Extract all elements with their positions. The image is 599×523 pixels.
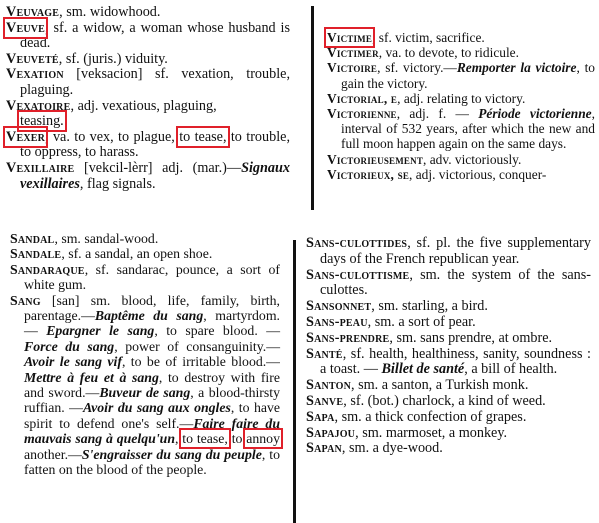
panel-top-right: Victime, sf. victim, sacrifice. Victimer… xyxy=(327,30,595,182)
entry-sans-culottides: Sans-culottides, sf. pl. the five supple… xyxy=(306,236,591,268)
headword: Veuvage xyxy=(6,4,59,20)
definition: , adj. vexatious, plaguing, xyxy=(70,98,216,114)
definition: , sf. a widow, a woman whose husband is … xyxy=(20,20,290,52)
example-phrase: Epargner le sang xyxy=(46,323,154,338)
headword: Sans-culottisme xyxy=(306,267,409,283)
entry-veuve: Veuve, sf. a widow, a woman whose husban… xyxy=(6,21,290,52)
entry-victimer: Victimer, va. to devote, to ridicule. xyxy=(327,45,595,60)
definition: [vekcil-lèrr] adj. (mar.)— xyxy=(74,160,241,176)
headword: Victimer xyxy=(327,45,379,60)
headword: Santon xyxy=(306,377,351,393)
entry-vexatoire: Vexatoire, adj. vexatious, plaguing,teas… xyxy=(6,99,290,130)
definition: , power of consanguinity.— xyxy=(114,339,280,354)
example-phrase: Avoir le sang vif xyxy=(24,354,122,369)
highlighted-phrase: to tease, xyxy=(179,129,226,145)
headword-highlighted: Veuve xyxy=(6,20,45,36)
highlighted-phrase: annoy xyxy=(246,431,280,446)
highlighted-phrase: teasing. xyxy=(20,113,64,129)
definition: , to be of irritable blood.— xyxy=(122,354,280,369)
entry-veuvete: Veuveté, sf. (juris.) viduity. xyxy=(6,52,290,68)
entry-sans-prendre: Sans-prendre, sm. sans prendre, at ombre… xyxy=(306,331,591,347)
entry-sante: Santé, sf. health, healthiness, sanity, … xyxy=(306,347,591,379)
definition: , a bill of health. xyxy=(464,361,557,377)
entry-sang: Sang [san] sm. blood, life, family, birt… xyxy=(10,293,280,478)
headword: Sapajou xyxy=(306,425,355,441)
definition: , sm. marmoset, a monkey. xyxy=(355,425,507,441)
entry-victorienne: Victorienne, adj. f. — Période victorien… xyxy=(327,106,595,152)
entry-victorial: Victorial, e, adj. relating to victory. xyxy=(327,91,595,106)
entry-victime: Victime, sf. victim, sacrifice. xyxy=(327,30,595,45)
example-phrase: Mettre à feu et à sang xyxy=(24,370,159,385)
entry-sandale: Sandale, sf. a sandal, an open shoe. xyxy=(10,246,280,261)
entry-sandal: Sandal, sm. sandal-wood. xyxy=(10,231,280,246)
definition: , sf. (juris.) viduity. xyxy=(59,51,168,67)
entry-victorieusement: Victorieusement, adv. victoriously. xyxy=(327,152,595,167)
headword: Vexillaire xyxy=(6,160,74,176)
headword: Victorial, e xyxy=(327,91,397,106)
definition: , sf. victim, sacrifice. xyxy=(372,30,485,45)
definition: , sf. a sandal, an open shoe. xyxy=(61,246,212,261)
headword: Santé xyxy=(306,346,343,362)
definition: to xyxy=(228,431,246,446)
example-phrase: Billet de santé xyxy=(381,361,464,377)
headword: Sandale xyxy=(10,246,61,261)
headword: Sansonnet xyxy=(306,298,371,314)
headword: Sanve xyxy=(306,393,343,409)
entry-sapan: Sapan, sm. a dye-wood. xyxy=(306,441,591,457)
definition: , sf. (bot.) charlock, a kind of weed. xyxy=(343,393,546,409)
entry-sansonnet: Sansonnet, sm. starling, a bird. xyxy=(306,299,591,315)
entry-santon: Santon, sm. a santon, a Turkish monk. xyxy=(306,378,591,394)
example-phrase: Période victorienne xyxy=(478,106,591,121)
definition: , sf. victory.— xyxy=(377,60,457,75)
headword-highlighted: Vexer xyxy=(6,129,45,145)
definition: , sm. widowhood. xyxy=(59,4,160,20)
definition: , va. to vex, to plague, xyxy=(45,129,179,145)
column-divider-top xyxy=(311,6,314,210)
entry-sanve: Sanve, sf. (bot.) charlock, a kind of we… xyxy=(306,394,591,410)
definition: , flag signals. xyxy=(80,176,156,192)
entry-veuvage: Veuvage, sm. widowhood. xyxy=(6,5,290,21)
headword: Sapa xyxy=(306,409,335,425)
headword: Sang xyxy=(10,293,41,308)
highlighted-phrase: to tease, xyxy=(182,431,228,446)
headword: Veuveté xyxy=(6,51,59,67)
entry-vexer: Vexer, va. to vex, to plague, to tease, … xyxy=(6,130,290,161)
panel-bottom-left: Sandal, sm. sandal-wood. Sandale, sf. a … xyxy=(10,231,280,478)
entry-sapa: Sapa, sm. a thick confection of grapes. xyxy=(306,410,591,426)
entry-sans-peau: Sans-peau, sm. a sort of pear. xyxy=(306,315,591,331)
headword: Vexatoire xyxy=(6,98,70,114)
definition: , to spare blood. — xyxy=(154,323,280,338)
headword-highlighted: Victime xyxy=(327,30,372,45)
headword: Sans-peau xyxy=(306,314,368,330)
headword: Victorieusement xyxy=(327,152,423,167)
definition: , sm. a santon, a Turkish monk. xyxy=(351,377,528,393)
example-phrase: Remporter la victoire xyxy=(457,60,577,75)
headword: Sans-culottides xyxy=(306,235,407,251)
definition: , sm. sans prendre, at ombre. xyxy=(389,330,552,346)
definition: , sm. starling, a bird. xyxy=(371,298,488,314)
headword: Victorienne xyxy=(327,106,397,121)
entry-vexation: Vexation [veksacion] sf. vexation, troub… xyxy=(6,67,290,98)
entry-victoire: Victoire, sf. victory.—Remporter la vict… xyxy=(327,60,595,90)
headword: Victorieux, se xyxy=(327,167,409,182)
definition: , adj. victorious, conquer- xyxy=(409,167,546,182)
headword: Victoire xyxy=(327,60,377,75)
example-phrase: Buveur de sang xyxy=(99,385,190,400)
panel-top-left: Veuvage, sm. widowhood. Veuve, sf. a wid… xyxy=(6,5,290,192)
entry-vexillaire: Vexillaire [vekcil-lèrr] adj. (mar.)—Sig… xyxy=(6,161,290,192)
headword: Sans-prendre xyxy=(306,330,389,346)
definition: , sm. a sort of pear. xyxy=(368,314,476,330)
definition: , adj. relating to victory. xyxy=(397,91,525,106)
example-phrase: Force du sang xyxy=(24,339,114,354)
example-phrase: S'engraisser du sang du peuple xyxy=(82,447,262,462)
example-phrase: Baptême du sang xyxy=(95,308,203,323)
definition: , sm. sandal-wood. xyxy=(54,231,158,246)
example-phrase: Avoir du sang aux ongles xyxy=(83,400,231,415)
definition: , va. to devote, to ridicule. xyxy=(379,45,519,60)
definition: , sm. a dye-wood. xyxy=(342,440,443,456)
definition: another.— xyxy=(24,447,82,462)
headword: Vexation xyxy=(6,66,64,82)
headword: Sapan xyxy=(306,440,342,456)
definition: , adj. f. — xyxy=(397,106,478,121)
entry-sapajou: Sapajou, sm. marmoset, a monkey. xyxy=(306,426,591,442)
entry-victorieux: Victorieux, se, adj. victorious, conquer… xyxy=(327,167,595,182)
column-divider-bottom xyxy=(293,240,296,523)
headword: Sandaraque xyxy=(10,262,85,277)
entry-sandaraque: Sandaraque, sf. sandarac, pounce, a sort… xyxy=(10,262,280,293)
entry-sans-culottisme: Sans-culottisme, sm. the system of the s… xyxy=(306,268,591,300)
definition: , sm. a thick confection of grapes. xyxy=(335,409,527,425)
panel-bottom-right: Sans-culottides, sf. pl. the five supple… xyxy=(306,236,591,457)
headword: Sandal xyxy=(10,231,54,246)
definition: , adv. victoriously. xyxy=(423,152,521,167)
